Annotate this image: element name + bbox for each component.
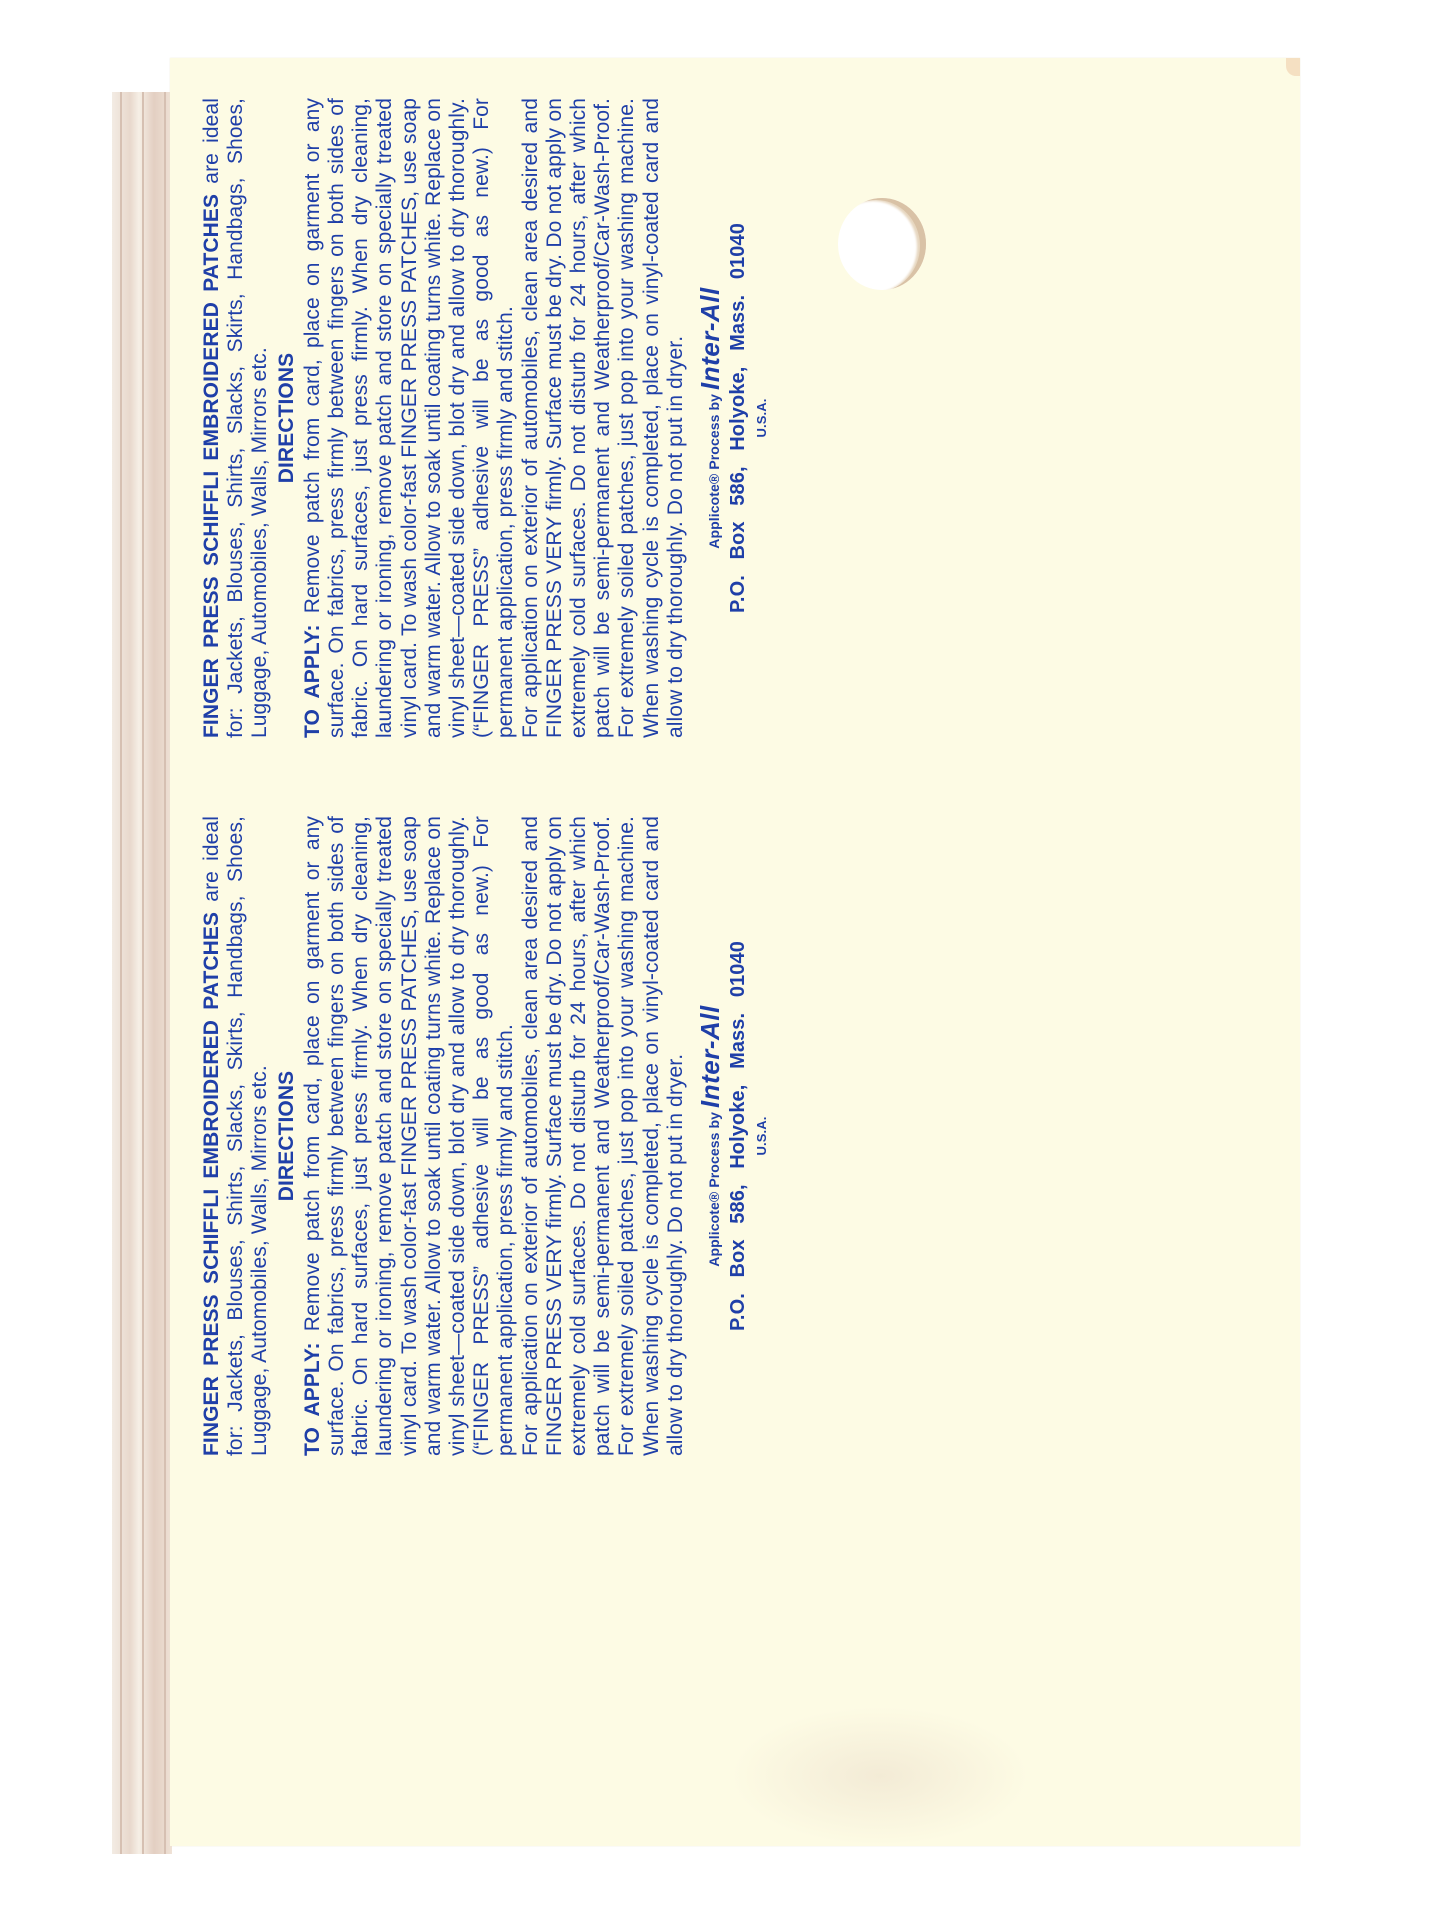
product-heading: FINGER PRESS SCHIFFLI EMBROIDERED PATCHE… (200, 194, 223, 738)
directions-title: DIRECTIONS (275, 816, 299, 1456)
company-address: P.O. Box 586, Holyoke, Mass. 01040 (726, 98, 750, 738)
to-apply-label: TO APPLY: (301, 624, 324, 738)
instructions-panel-right: FINGER PRESS SCHIFFLI EMBROIDERED PATCHE… (200, 98, 920, 738)
process-credit: Applicote® Process by Inter-All (698, 816, 726, 1456)
brand-name: Inter-All (695, 287, 725, 390)
company-address: P.O. Box 586, Holyoke, Mass. 01040 (726, 816, 750, 1456)
punched-hole (838, 198, 926, 290)
to-apply-paragraph: TO APPLY: Remove patch from card, place … (301, 816, 519, 1456)
process-text: Applicote® Process by (706, 1112, 722, 1267)
automobile-paragraph: For application on exterior of automobil… (519, 98, 688, 738)
to-apply-text: Remove patch from card, place on garment… (301, 816, 518, 1456)
process-credit: Applicote® Process by Inter-All (698, 98, 726, 738)
process-text: Applicote® Process by (706, 394, 722, 549)
automobile-paragraph: For application on exterior of automobil… (519, 816, 688, 1456)
directions-title: DIRECTIONS (275, 98, 299, 738)
to-apply-paragraph: TO APPLY: Remove patch from card, place … (301, 98, 519, 738)
card-stack-edge (112, 92, 172, 1854)
instruction-card: FINGER PRESS SCHIFFLI EMBROIDERED PATCHE… (170, 58, 1300, 1846)
brand-name: Inter-All (695, 1005, 725, 1108)
country: U.S.A. (750, 98, 774, 738)
sheet-edge (120, 92, 122, 1854)
to-apply-text: Remove patch from card, place on garment… (301, 98, 518, 738)
intro-paragraph: FINGER PRESS SCHIFFLI EMBROIDERED PATCHE… (200, 816, 273, 1456)
country: U.S.A. (750, 816, 774, 1456)
sheet-edge (142, 92, 144, 1854)
to-apply-label: TO APPLY: (301, 1342, 324, 1456)
product-heading: FINGER PRESS SCHIFFLI EMBROIDERED PATCHE… (200, 912, 223, 1456)
paper-discoloration (730, 1706, 1030, 1846)
corner-stain (1286, 58, 1300, 76)
instructions-panel-left: FINGER PRESS SCHIFFLI EMBROIDERED PATCHE… (200, 816, 920, 1456)
intro-paragraph: FINGER PRESS SCHIFFLI EMBROIDERED PATCHE… (200, 98, 273, 738)
sheet-edge (164, 92, 166, 1854)
